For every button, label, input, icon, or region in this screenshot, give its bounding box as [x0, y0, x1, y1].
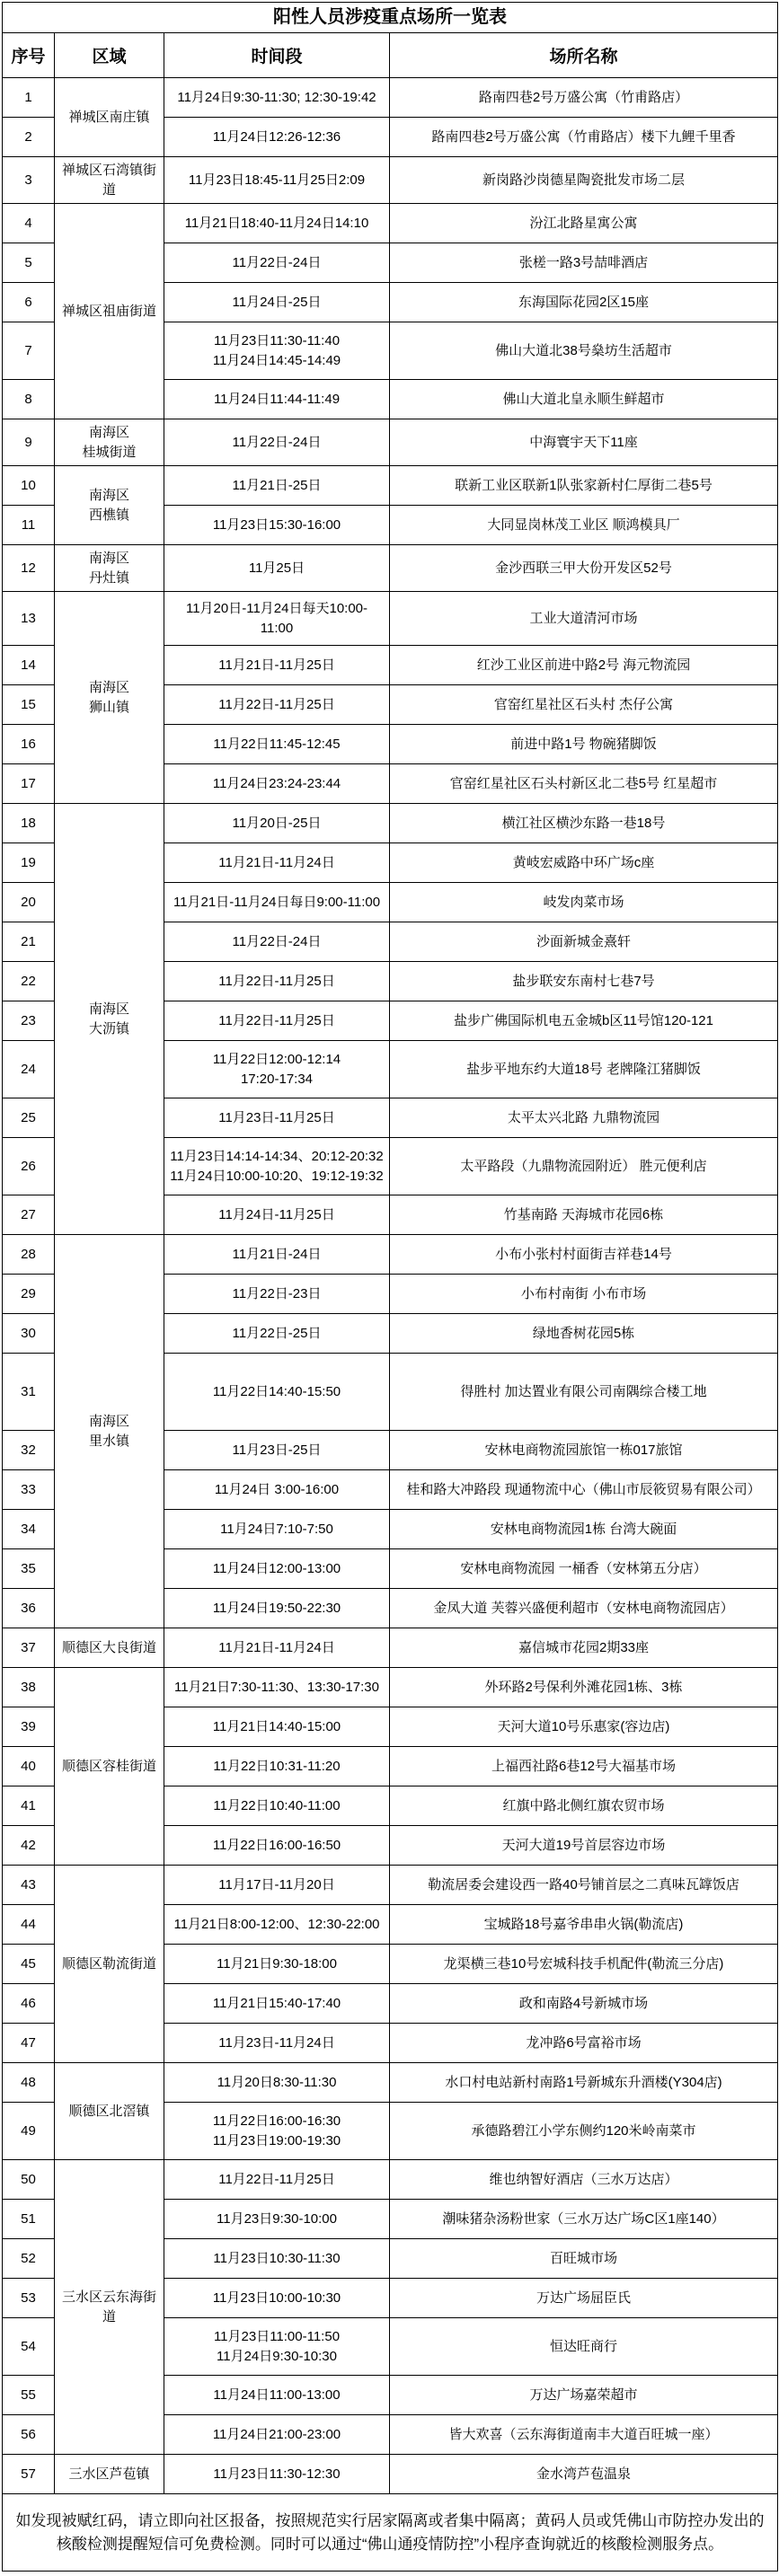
time-period-cell: 11月23日-11月24日: [164, 2024, 390, 2063]
place-name-cell: 佛山大道北皇永顺生鲜超市: [390, 380, 778, 419]
row-number: 25: [3, 1098, 55, 1138]
place-name-cell: 小布小张村村面街吉祥巷14号: [390, 1235, 778, 1275]
row-number: 30: [3, 1314, 55, 1354]
row-number: 32: [3, 1431, 55, 1470]
row-number: 22: [3, 962, 55, 1001]
place-name-cell: 官窑红星社区石头村 杰仔公寓: [390, 685, 778, 725]
time-period-cell: 11月24日23:24-23:44: [164, 764, 390, 804]
place-name-cell: 盐步平地东约大道18号 老牌隆江猪脚饭: [390, 1041, 778, 1098]
column-header-no: 序号: [3, 33, 55, 78]
header-row: 序号 区域 时间段 场所名称: [3, 33, 778, 78]
time-period-cell: 11月21日8:00-12:00、12:30-22:00: [164, 1905, 390, 1945]
place-name-cell: 前进中路1号 物碗猪脚饭: [390, 725, 778, 764]
table-row: 38顺德区容桂街道11月21日7:30-11:30、13:30-17:30外环路…: [3, 1668, 778, 1707]
place-name-cell: 承德路碧江小学东侧约120米岭南菜市: [390, 2103, 778, 2160]
place-name-cell: 黄岐宏威路中环广场c座: [390, 843, 778, 883]
place-name-cell: 工业大道清河市场: [390, 592, 778, 646]
region-cell: 南海区 丹灶镇: [55, 545, 164, 592]
region-cell: 顺德区勒流街道: [55, 1866, 164, 2063]
time-period-cell: 11月21日9:30-18:00: [164, 1945, 390, 1984]
row-number: 46: [3, 1984, 55, 2024]
time-period-cell: 11月23日11:30-12:30: [164, 2455, 390, 2494]
row-number: 31: [3, 1354, 55, 1431]
time-period-cell: 11月24日7:10-7:50: [164, 1510, 390, 1549]
table-row: 12南海区 丹灶镇11月25日金沙西联三甲大份开发区52号: [3, 545, 778, 592]
place-name-cell: 金沙西联三甲大份开发区52号: [390, 545, 778, 592]
time-period-cell: 11月24日19:50-22:30: [164, 1589, 390, 1628]
table-row: 10南海区 西樵镇11月21日-25日联新工业区联新1队张家新村仁厚街二巷5号: [3, 466, 778, 506]
row-number: 18: [3, 804, 55, 843]
time-period-cell: 11月21日15:40-17:40: [164, 1984, 390, 2024]
region-cell: 南海区 狮山镇: [55, 592, 164, 804]
row-number: 24: [3, 1041, 55, 1098]
row-number: 20: [3, 883, 55, 922]
region-cell: 南海区 西樵镇: [55, 466, 164, 545]
row-number: 7: [3, 322, 55, 380]
time-period-cell: 11月22日-24日: [164, 922, 390, 962]
time-period-cell: 11月17日-11月20日: [164, 1866, 390, 1905]
row-number: 44: [3, 1905, 55, 1945]
place-name-cell: 竹基南路 天海城市花园6栋: [390, 1195, 778, 1235]
place-name-cell: 横江社区横沙东路一巷18号: [390, 804, 778, 843]
footer-note: 如发现被赋红码，请立即向社区报备，按照规范实行居家隔离或者集中隔离；黄码人员或凭…: [3, 2494, 778, 2572]
time-period-cell: 11月21日-11月24日: [164, 1628, 390, 1668]
page-title: 阳性人员涉疫重点场所一览表: [3, 3, 778, 33]
region-cell: 禅城区祖庙街道: [55, 204, 164, 419]
row-number: 36: [3, 1589, 55, 1628]
row-number: 6: [3, 283, 55, 322]
place-name-cell: 盐步广佛国际机电五金城b区11号馆120-121: [390, 1001, 778, 1041]
time-period-cell: 11月24日12:00-13:00: [164, 1549, 390, 1589]
row-number: 34: [3, 1510, 55, 1549]
place-name-cell: 水口村电站新村南路1号新城东升酒楼(Y304店): [390, 2063, 778, 2103]
place-name-cell: 维也纳智好酒店（三水万达店）: [390, 2160, 778, 2200]
row-number: 10: [3, 466, 55, 506]
table-row: 1禅城区南庄镇11月24日9:30-11:30; 12:30-19:42路南四巷…: [3, 78, 778, 118]
row-number: 29: [3, 1275, 55, 1314]
time-period-cell: 11月24日21:00-23:00: [164, 2415, 390, 2455]
row-number: 57: [3, 2455, 55, 2494]
region-cell: 南海区 桂城街道: [55, 419, 164, 466]
row-number: 49: [3, 2103, 55, 2160]
row-number: 8: [3, 380, 55, 419]
row-number: 40: [3, 1747, 55, 1786]
time-period-cell: 11月22日-11月25日: [164, 962, 390, 1001]
time-period-cell: 11月22日-11月25日: [164, 685, 390, 725]
row-number: 37: [3, 1628, 55, 1668]
table-row: 18南海区 大沥镇11月20日-25日横江社区横沙东路一巷18号: [3, 804, 778, 843]
time-period-cell: 11月23日-11月25日: [164, 1098, 390, 1138]
place-name-cell: 联新工业区联新1队张家新村仁厚街二巷5号: [390, 466, 778, 506]
time-period-cell: 11月23日18:45-11月25日2:09: [164, 157, 390, 204]
row-number: 19: [3, 843, 55, 883]
place-name-cell: 天河大道19号首层容边市场: [390, 1826, 778, 1866]
region-cell: 三水区云东海街 道: [55, 2160, 164, 2455]
time-period-cell: 11月24日-11月25日: [164, 1195, 390, 1235]
time-period-cell: 11月21日-11月24日: [164, 843, 390, 883]
place-name-cell: 太平太兴北路 九鼎物流园: [390, 1098, 778, 1138]
row-number: 56: [3, 2415, 55, 2455]
place-name-cell: 外环路2号保利外滩花园1栋、3栋: [390, 1668, 778, 1707]
place-name-cell: 百旺城市场: [390, 2239, 778, 2279]
time-period-cell: 11月22日-11月25日: [164, 1001, 390, 1041]
row-number: 55: [3, 2376, 55, 2415]
time-period-cell: 11月25日: [164, 545, 390, 592]
table-row: 43顺德区勒流街道11月17日-11月20日勒流居委会建设西一路40号铺首层之二…: [3, 1866, 778, 1905]
row-number: 27: [3, 1195, 55, 1235]
row-number: 3: [3, 157, 55, 204]
time-period-cell: 11月21日-25日: [164, 466, 390, 506]
table-row: 28南海区 里水镇11月21日-24日小布小张村村面街吉祥巷14号: [3, 1235, 778, 1275]
place-name-cell: 龙冲路6号富裕市场: [390, 2024, 778, 2063]
row-number: 5: [3, 243, 55, 283]
time-period-cell: 11月24日-25日: [164, 283, 390, 322]
title-row: 阳性人员涉疫重点场所一览表: [3, 3, 778, 33]
row-number: 53: [3, 2279, 55, 2318]
time-period-cell: 11月22日-25日: [164, 1314, 390, 1354]
time-period-cell: 11月23日11:00-11:50 11月24日9:30-10:30: [164, 2318, 390, 2376]
region-cell: 南海区 里水镇: [55, 1235, 164, 1628]
place-name-cell: 金凤大道 芙蓉兴盛便利超市（安林电商物流园店）: [390, 1589, 778, 1628]
time-period-cell: 11月23日15:30-16:00: [164, 506, 390, 545]
place-name-cell: 得胜村 加达置业有限公司南隅综合楼工地: [390, 1354, 778, 1431]
time-period-cell: 11月20日-11月24日每天10:00- 11:00: [164, 592, 390, 646]
column-header-place: 场所名称: [390, 33, 778, 78]
row-number: 47: [3, 2024, 55, 2063]
time-period-cell: 11月22日11:45-12:45: [164, 725, 390, 764]
time-period-cell: 11月24日 3:00-16:00: [164, 1470, 390, 1510]
place-name-cell: 岐发肉菜市场: [390, 883, 778, 922]
column-header-time: 时间段: [164, 33, 390, 78]
row-number: 54: [3, 2318, 55, 2376]
region-cell: 禅城区石湾镇街 道: [55, 157, 164, 204]
time-period-cell: 11月22日10:40-11:00: [164, 1786, 390, 1826]
time-period-cell: 11月22日10:31-11:20: [164, 1747, 390, 1786]
time-period-cell: 11月22日-23日: [164, 1275, 390, 1314]
row-number: 48: [3, 2063, 55, 2103]
time-period-cell: 11月23日11:30-11:40 11月24日14:45-14:49: [164, 322, 390, 380]
row-number: 33: [3, 1470, 55, 1510]
table-row: 50三水区云东海街 道11月22日-11月25日维也纳智好酒店（三水万达店）: [3, 2160, 778, 2200]
place-name-cell: 安林电商物流园1栋 台湾大碗面: [390, 1510, 778, 1549]
row-number: 13: [3, 592, 55, 646]
time-period-cell: 11月24日11:44-11:49: [164, 380, 390, 419]
table-row: 4禅城区祖庙街道11月21日18:40-11月24日14:10汾江北路星寓公寓: [3, 204, 778, 243]
table-row: 57三水区芦苞镇11月23日11:30-12:30金水湾芦苞温泉: [3, 2455, 778, 2494]
time-period-cell: 11月22日12:00-12:14 17:20-17:34: [164, 1041, 390, 1098]
region-cell: 顺德区容桂街道: [55, 1668, 164, 1866]
row-number: 14: [3, 646, 55, 685]
row-number: 52: [3, 2239, 55, 2279]
row-number: 4: [3, 204, 55, 243]
region-cell: 顺德区大良街道: [55, 1628, 164, 1668]
table-row: 37顺德区大良街道11月21日-11月24日嘉信城市花园2期33座: [3, 1628, 778, 1668]
place-name-cell: 万达广场屈臣氏: [390, 2279, 778, 2318]
place-name-cell: 红旗中路北侧红旗农贸市场: [390, 1786, 778, 1826]
time-period-cell: 11月21日-11月24日每日9:00-11:00: [164, 883, 390, 922]
row-number: 39: [3, 1707, 55, 1747]
row-number: 26: [3, 1138, 55, 1195]
place-name-cell: 政和南路4号新城市场: [390, 1984, 778, 2024]
place-name-cell: 勒流居委会建设西一路40号铺首层之二真味瓦罉饭店: [390, 1866, 778, 1905]
place-name-cell: 汾江北路星寓公寓: [390, 204, 778, 243]
place-name-cell: 恒达旺商行: [390, 2318, 778, 2376]
place-name-cell: 盐步联安东南村七巷7号: [390, 962, 778, 1001]
place-name-cell: 中海寰宇天下11座: [390, 419, 778, 466]
place-name-cell: 安林电商物流园旅馆一栋017旅馆: [390, 1431, 778, 1470]
time-period-cell: 11月23日-25日: [164, 1431, 390, 1470]
row-number: 41: [3, 1786, 55, 1826]
time-period-cell: 11月22日16:00-16:50: [164, 1826, 390, 1866]
place-name-cell: 小布村南街 小布市场: [390, 1275, 778, 1314]
row-number: 15: [3, 685, 55, 725]
table-body: 1禅城区南庄镇11月24日9:30-11:30; 12:30-19:42路南四巷…: [3, 78, 778, 2494]
time-period-cell: 11月21日14:40-15:00: [164, 1707, 390, 1747]
place-name-cell: 桂和路大冲路段 现通物流中心（佛山市辰筱贸易有限公司）: [390, 1470, 778, 1510]
row-number: 21: [3, 922, 55, 962]
place-name-cell: 潮味猪杂汤粉世家（三水万达广场C区1座140）: [390, 2200, 778, 2239]
time-period-cell: 11月22日-11月25日: [164, 2160, 390, 2200]
time-period-cell: 11月23日9:30-10:00: [164, 2200, 390, 2239]
row-number: 35: [3, 1549, 55, 1589]
place-name-cell: 大同显岗林茂工业区 顺鸿模具厂: [390, 506, 778, 545]
table-row: 13南海区 狮山镇11月20日-11月24日每天10:00- 11:00工业大道…: [3, 592, 778, 646]
place-name-cell: 沙面新城金熹轩: [390, 922, 778, 962]
time-period-cell: 11月23日10:00-10:30: [164, 2279, 390, 2318]
place-name-cell: 佛山大道北38号燊坊生活超市: [390, 322, 778, 380]
time-period-cell: 11月24日12:26-12:36: [164, 118, 390, 157]
footer-row: 如发现被赋红码，请立即向社区报备，按照规范实行居家隔离或者集中隔离；黄码人员或凭…: [3, 2494, 778, 2572]
row-number: 42: [3, 1826, 55, 1866]
column-header-region: 区域: [55, 33, 164, 78]
place-name-cell: 官窑红星社区石头村新区北二巷5号 红星超市: [390, 764, 778, 804]
region-cell: 南海区 大沥镇: [55, 804, 164, 1235]
time-period-cell: 11月20日-25日: [164, 804, 390, 843]
row-number: 43: [3, 1866, 55, 1905]
time-period-cell: 11月22日-24日: [164, 419, 390, 466]
table-row: 9南海区 桂城街道11月22日-24日中海寰宇天下11座: [3, 419, 778, 466]
place-name-cell: 金水湾芦苞温泉: [390, 2455, 778, 2494]
time-period-cell: 11月23日14:14-14:34、20:12-20:32 11月24日10:0…: [164, 1138, 390, 1195]
place-name-cell: 宝城路18号嘉爷串串火锅(勒流店): [390, 1905, 778, 1945]
time-period-cell: 11月24日9:30-11:30; 12:30-19:42: [164, 78, 390, 118]
row-number: 50: [3, 2160, 55, 2200]
row-number: 38: [3, 1668, 55, 1707]
time-period-cell: 11月22日14:40-15:50: [164, 1354, 390, 1431]
time-period-cell: 11月22日16:00-16:30 11月23日19:00-19:30: [164, 2103, 390, 2160]
place-name-cell: 红沙工业区前进中路2号 海元物流园: [390, 646, 778, 685]
place-name-cell: 皆大欢喜（云东海街道南丰大道百旺城一座）: [390, 2415, 778, 2455]
region-cell: 顺德区北滘镇: [55, 2063, 164, 2160]
region-cell: 禅城区南庄镇: [55, 78, 164, 157]
row-number: 9: [3, 419, 55, 466]
row-number: 2: [3, 118, 55, 157]
time-period-cell: 11月22日-24日: [164, 243, 390, 283]
time-period-cell: 11月20日8:30-11:30: [164, 2063, 390, 2103]
place-name-cell: 张槎一路3号喆啡酒店: [390, 243, 778, 283]
table-row: 48顺德区北滘镇11月20日8:30-11:30水口村电站新村南路1号新城东升酒…: [3, 2063, 778, 2103]
place-name-cell: 天河大道10号乐惠家(容边店): [390, 1707, 778, 1747]
place-name-cell: 路南四巷2号万盛公寓（竹甫路店）楼下九鲤千里香: [390, 118, 778, 157]
table-row: 3禅城区石湾镇街 道11月23日18:45-11月25日2:09新岗路沙岗德星陶…: [3, 157, 778, 204]
row-number: 17: [3, 764, 55, 804]
row-number: 11: [3, 506, 55, 545]
row-number: 12: [3, 545, 55, 592]
place-name-cell: 万达广场嘉荣超市: [390, 2376, 778, 2415]
covid-places-table: 阳性人员涉疫重点场所一览表 序号 区域 时间段 场所名称 1禅城区南庄镇11月2…: [2, 2, 778, 2572]
time-period-cell: 11月21日-24日: [164, 1235, 390, 1275]
place-name-cell: 路南四巷2号万盛公寓（竹甫路店）: [390, 78, 778, 118]
place-name-cell: 太平路段（九鼎物流园附近） 胜元便利店: [390, 1138, 778, 1195]
place-name-cell: 安林电商物流园 一桶香（安林第五分店）: [390, 1549, 778, 1589]
place-name-cell: 东海国际花园2区15座: [390, 283, 778, 322]
time-period-cell: 11月21日-11月25日: [164, 646, 390, 685]
row-number: 45: [3, 1945, 55, 1984]
row-number: 51: [3, 2200, 55, 2239]
time-period-cell: 11月21日7:30-11:30、13:30-17:30: [164, 1668, 390, 1707]
place-name-cell: 嘉信城市花园2期33座: [390, 1628, 778, 1668]
row-number: 1: [3, 78, 55, 118]
time-period-cell: 11月21日18:40-11月24日14:10: [164, 204, 390, 243]
time-period-cell: 11月24日11:00-13:00: [164, 2376, 390, 2415]
place-name-cell: 龙渠横三巷10号宏城科技手机配件(勒流三分店): [390, 1945, 778, 1984]
place-name-cell: 新岗路沙岗德星陶瓷批发市场二层: [390, 157, 778, 204]
row-number: 28: [3, 1235, 55, 1275]
row-number: 16: [3, 725, 55, 764]
place-name-cell: 绿地香树花园5栋: [390, 1314, 778, 1354]
row-number: 23: [3, 1001, 55, 1041]
notice-page: 阳性人员涉疫重点场所一览表 序号 区域 时间段 场所名称 1禅城区南庄镇11月2…: [0, 0, 779, 2576]
place-name-cell: 上福西社路6巷12号大福基市场: [390, 1747, 778, 1786]
time-period-cell: 11月23日10:30-11:30: [164, 2239, 390, 2279]
region-cell: 三水区芦苞镇: [55, 2455, 164, 2494]
